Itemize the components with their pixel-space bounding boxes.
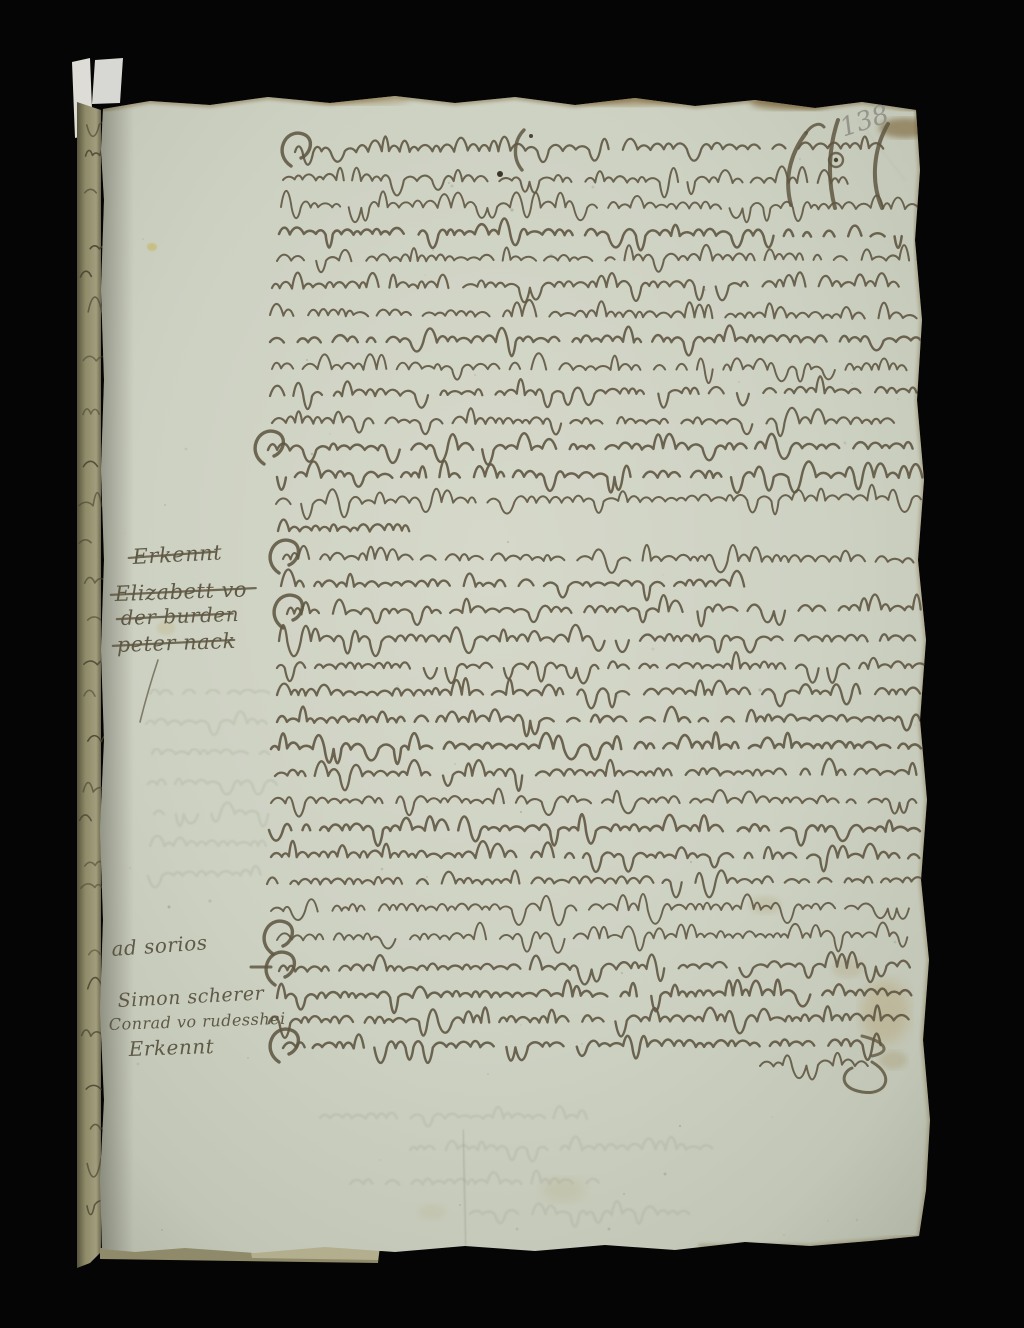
speckle [664,1173,667,1176]
speckle [894,941,897,944]
speckle [469,593,470,594]
paper-stain [879,1051,907,1069]
speckle [329,433,331,435]
speckle [621,972,623,974]
speckle [448,182,450,184]
speckle [507,541,509,543]
speckle [799,158,801,160]
speckle [168,906,171,909]
speckle [306,359,308,361]
speckle [510,208,513,211]
speckle [515,1227,518,1230]
speckle [454,763,456,765]
speckle [416,693,417,694]
speckle [185,448,188,451]
speckle [663,575,664,576]
speckle [426,876,428,878]
ink-dot [834,158,838,162]
speckle [459,1204,461,1206]
speckle [904,1008,905,1009]
speckle [608,1228,611,1231]
speckle [856,1219,859,1222]
speckle [379,1159,380,1160]
speckle [136,1062,139,1065]
speckle [451,185,454,188]
speckle [827,1220,829,1222]
paper-stain [497,171,503,177]
speckle [520,1024,522,1026]
gutter-shadow [100,95,134,1260]
speckle [487,1073,489,1075]
paper-stain [418,1204,446,1220]
speckle [897,398,898,399]
speckle [164,504,166,506]
speckle [397,685,398,686]
speckle [914,724,916,726]
speckle [311,453,314,456]
speckle [771,1116,773,1118]
speckle [738,381,739,382]
speckle [783,1234,785,1236]
margin-note: Erkennt [127,1034,215,1061]
paper-stain [147,243,157,251]
speckle [592,186,595,189]
speckle [690,861,692,863]
speckle [424,274,425,275]
speckle [851,382,853,384]
ink-dot [529,134,533,138]
speckle [381,868,384,871]
speckle [623,1193,625,1195]
speckle [124,532,125,533]
speckle [758,688,761,691]
speckle [161,1229,163,1231]
speckle [432,249,434,251]
speckle [679,1125,681,1127]
page-sheet [100,96,930,1253]
speckle [208,899,211,902]
bookmark-tab [92,58,123,104]
manuscript-svg: ErkenntElizabett voder burdenpeter nacka… [0,0,1024,1328]
manuscript-scan: ErkenntElizabett voder burdenpeter nacka… [0,0,1024,1328]
speckle [474,374,476,376]
speckle [129,867,131,869]
speckle [142,238,143,239]
speckle [520,811,522,813]
speckle [843,441,846,444]
speckle [247,1057,249,1059]
speckle [581,1043,582,1044]
speckle [651,647,654,650]
